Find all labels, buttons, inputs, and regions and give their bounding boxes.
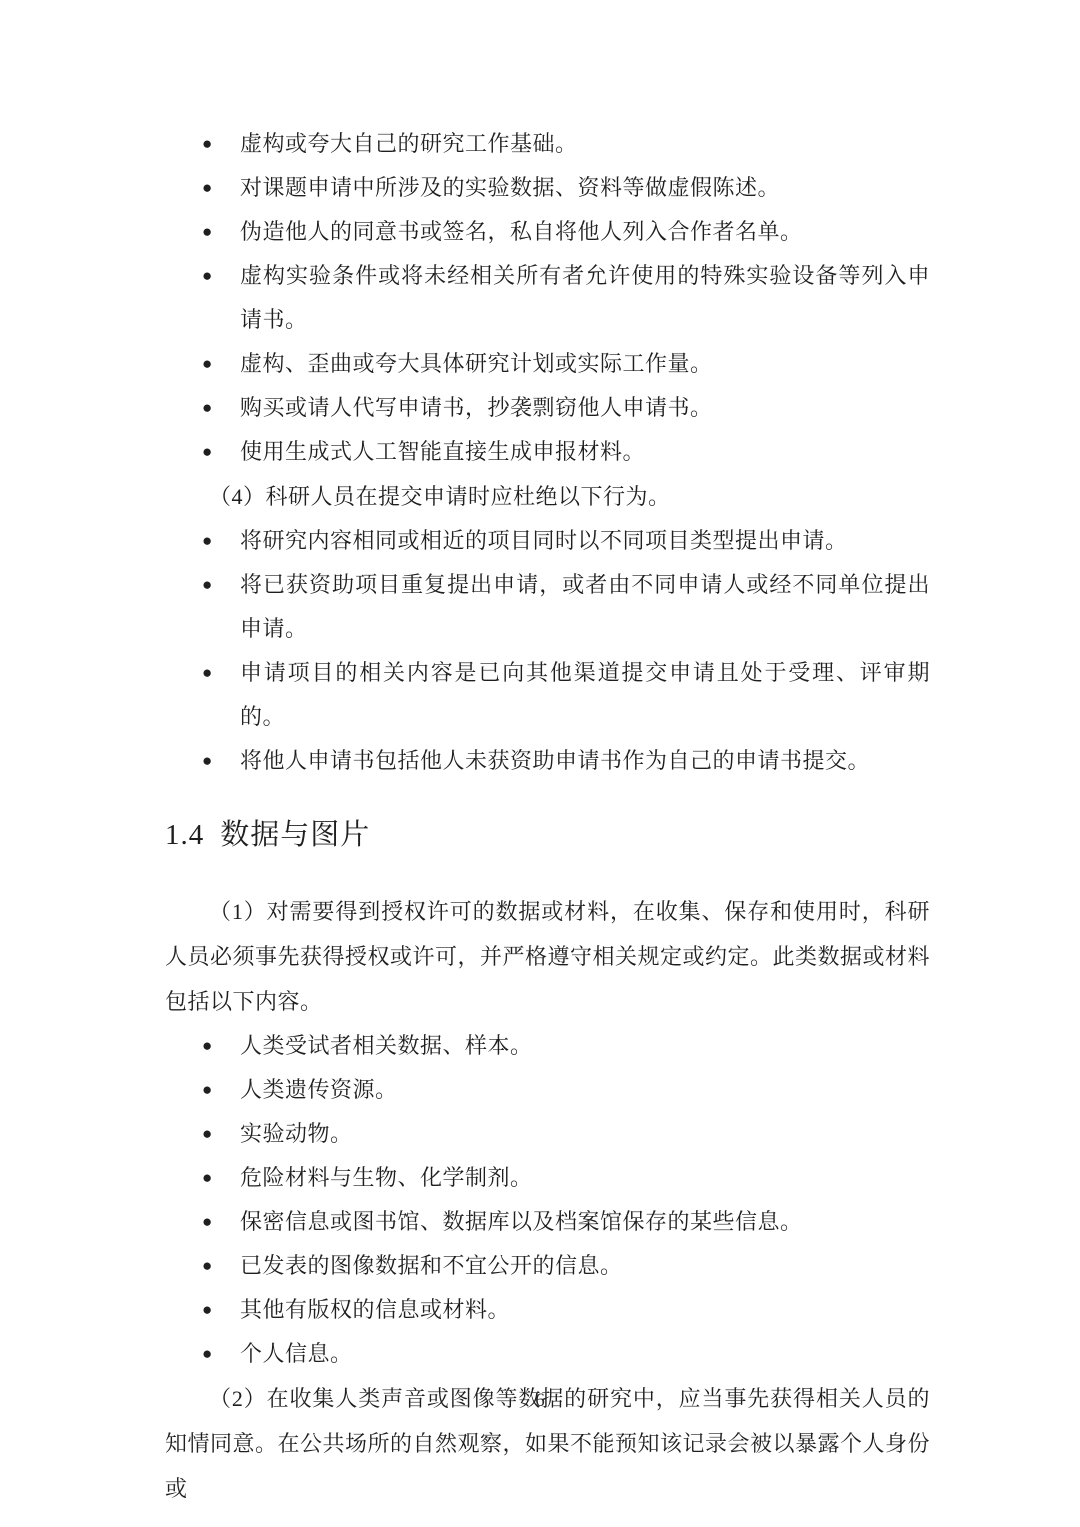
list-item: ● 人类遗传资源。 [165, 1068, 930, 1112]
list-item: ● 其他有版权的信息或材料。 [165, 1288, 930, 1332]
bullet-icon: ● [202, 430, 213, 474]
document-page: ● 虚构或夸大自己的研究工作基础。 ● 对课题申请中所涉及的实验数据、资料等做虚… [0, 0, 1080, 1527]
list-item-text: 实验动物。 [240, 1121, 353, 1146]
bullet-icon: ● [202, 739, 213, 783]
list-item-text: 虚构、歪曲或夸大具体研究计划或实际工作量。 [240, 351, 713, 376]
list-item-text: 购买或请人代写申请书，抄袭剽窃他人申请书。 [240, 395, 713, 420]
list-item: ● 虚构、歪曲或夸大具体研究计划或实际工作量。 [165, 342, 930, 386]
list-item: ● 已发表的图像数据和不宜公开的信息。 [165, 1244, 930, 1288]
submission-bullet-list: ● 将研究内容相同或相近的项目同时以不同项目类型提出申请。 ● 将已获资助项目重… [165, 519, 930, 783]
list-item: ● 伪造他人的同意书或签名，私自将他人列入合作者名单。 [165, 210, 930, 254]
list-item-text: 保密信息或图书馆、数据库以及档案馆保存的某些信息。 [240, 1209, 803, 1234]
bullet-icon: ● [202, 122, 213, 166]
list-item: ● 保密信息或图书馆、数据库以及档案馆保存的某些信息。 [165, 1200, 930, 1244]
document-content: ● 虚构或夸大自己的研究工作基础。 ● 对课题申请中所涉及的实验数据、资料等做虚… [165, 122, 930, 1511]
bullet-icon: ● [202, 651, 213, 695]
list-item-text: 将他人申请书包括他人未获资助申请书作为自己的申请书提交。 [240, 748, 870, 773]
list-item-text: 申请项目的相关内容是已向其他渠道提交申请且处于受理、评审期的。 [240, 660, 930, 729]
bullet-icon: ● [202, 1288, 213, 1332]
bullet-icon: ● [202, 1156, 213, 1200]
list-item: ● 将研究内容相同或相近的项目同时以不同项目类型提出申请。 [165, 519, 930, 563]
list-item-text: 伪造他人的同意书或签名，私自将他人列入合作者名单。 [240, 219, 803, 244]
list-item-text: 对课题申请中所涉及的实验数据、资料等做虚假陈述。 [240, 175, 780, 200]
list-item-text: 个人信息。 [240, 1341, 353, 1366]
list-item: ● 购买或请人代写申请书，抄袭剽窃他人申请书。 [165, 386, 930, 430]
list-item: ● 实验动物。 [165, 1112, 930, 1156]
list-item: ● 危险材料与生物、化学制剂。 [165, 1156, 930, 1200]
list-item-text: 人类遗传资源。 [240, 1077, 398, 1102]
list-item-text: 人类受试者相关数据、样本。 [240, 1033, 533, 1058]
data-types-bullet-list: ● 人类受试者相关数据、样本。 ● 人类遗传资源。 ● 实验动物。 ● 危险材料… [165, 1024, 930, 1376]
paragraph-item-4: （4）科研人员在提交申请时应杜绝以下行为。 [165, 474, 930, 519]
bullet-icon: ● [202, 1200, 213, 1244]
list-item: ● 申请项目的相关内容是已向其他渠道提交申请且处于受理、评审期的。 [165, 651, 930, 739]
list-item-text: 虚构或夸大自己的研究工作基础。 [240, 131, 578, 156]
list-item-text: 虚构实验条件或将未经相关所有者允许使用的特殊实验设备等列入申请书。 [240, 263, 930, 332]
list-item-text: 将研究内容相同或相近的项目同时以不同项目类型提出申请。 [240, 528, 848, 553]
list-item-text: 将已获资助项目重复提出申请，或者由不同申请人或经不同单位提出申请。 [240, 572, 930, 641]
list-item: ● 将他人申请书包括他人未获资助申请书作为自己的申请书提交。 [165, 739, 930, 783]
list-item: ● 虚构实验条件或将未经相关所有者允许使用的特殊实验设备等列入申请书。 [165, 254, 930, 342]
bullet-icon: ● [202, 563, 213, 607]
list-item: ● 虚构或夸大自己的研究工作基础。 [165, 122, 930, 166]
bullet-icon: ● [202, 519, 213, 563]
bullet-icon: ● [202, 1332, 213, 1376]
bullet-icon: ● [202, 1244, 213, 1288]
list-item-text: 其他有版权的信息或材料。 [240, 1297, 510, 1322]
bullet-icon: ● [202, 342, 213, 386]
bullet-icon: ● [202, 1112, 213, 1156]
list-item: ● 个人信息。 [165, 1332, 930, 1376]
bullet-icon: ● [202, 1024, 213, 1068]
bullet-icon: ● [202, 254, 213, 298]
list-item: ● 人类受试者相关数据、样本。 [165, 1024, 930, 1068]
list-item-text: 使用生成式人工智能直接生成申报材料。 [240, 439, 645, 464]
fabrication-bullet-list: ● 虚构或夸大自己的研究工作基础。 ● 对课题申请中所涉及的实验数据、资料等做虚… [165, 122, 930, 474]
list-item-text: 危险材料与生物、化学制剂。 [240, 1165, 533, 1190]
list-item: ● 使用生成式人工智能直接生成申报材料。 [165, 430, 930, 474]
paragraph-data-1: （1）对需要得到授权许可的数据或材料，在收集、保存和使用时，科研人员必须事先获得… [165, 889, 930, 1024]
bullet-icon: ● [202, 210, 213, 254]
section-heading-1-4: 1.4数据与图片 [165, 811, 930, 859]
bullet-icon: ● [202, 166, 213, 210]
list-item: ● 对课题申请中所涉及的实验数据、资料等做虚假陈述。 [165, 166, 930, 210]
section-number: 1.4 [165, 819, 204, 851]
bullet-icon: ● [202, 386, 213, 430]
bullet-icon: ● [202, 1068, 213, 1112]
page-number: 6 [0, 1390, 1080, 1412]
section-title: 数据与图片 [220, 819, 370, 851]
list-item: ● 将已获资助项目重复提出申请，或者由不同申请人或经不同单位提出申请。 [165, 563, 930, 651]
list-item-text: 已发表的图像数据和不宜公开的信息。 [240, 1253, 623, 1278]
